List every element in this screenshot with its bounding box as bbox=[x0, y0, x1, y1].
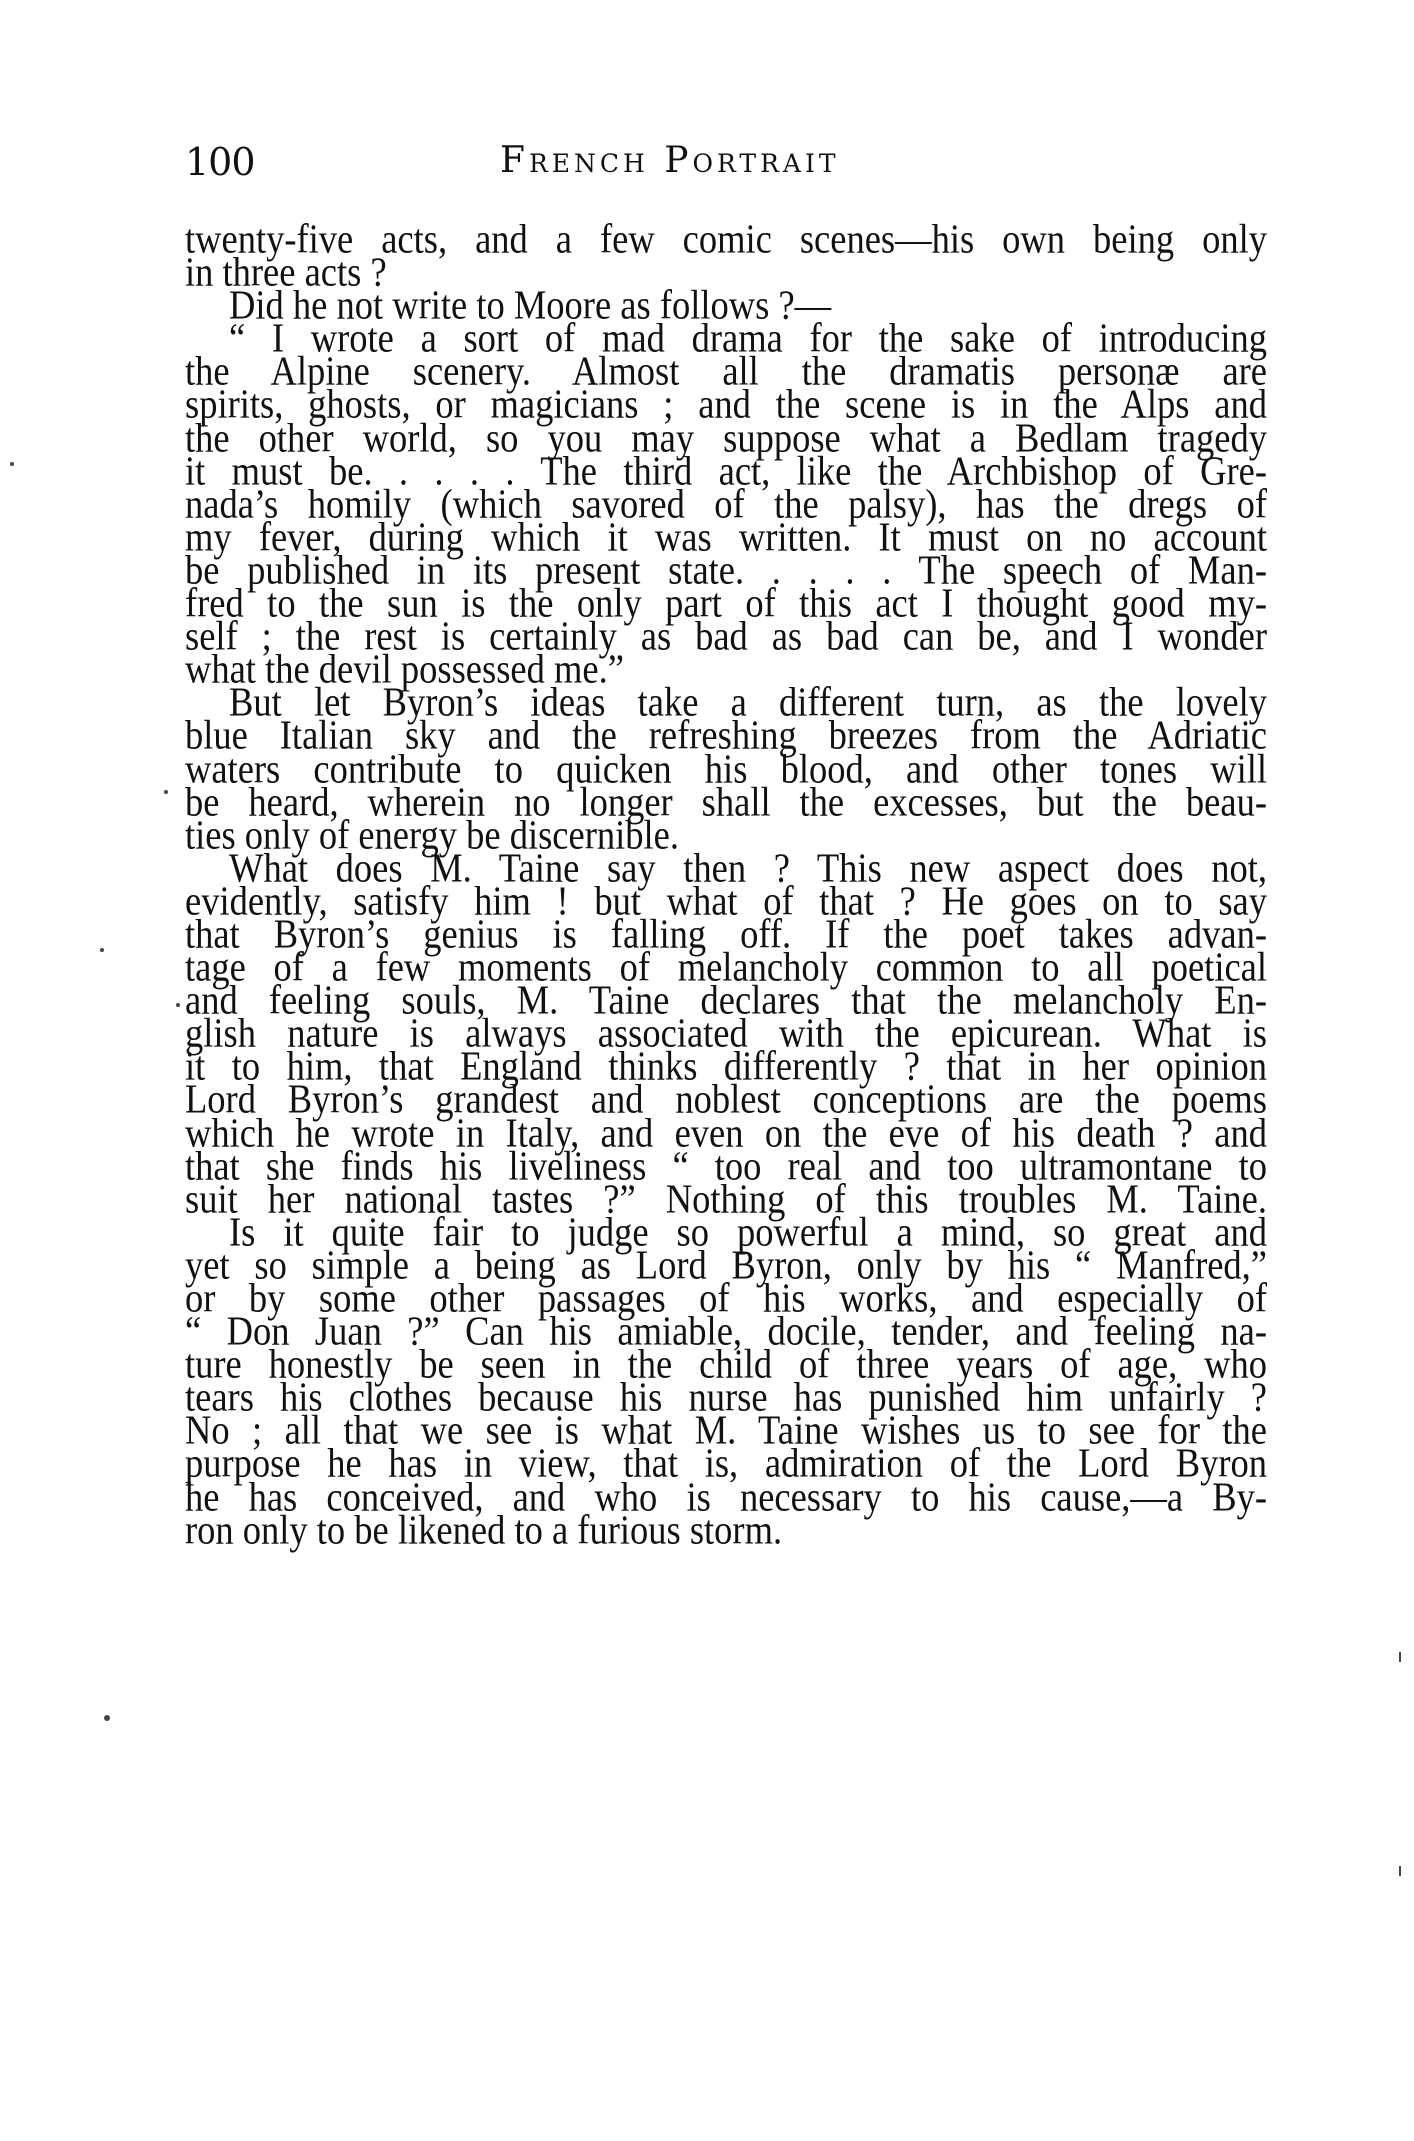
book-page: 100 French Portrait twenty-five acts, an… bbox=[0, 0, 1414, 2141]
scan-speck bbox=[100, 948, 104, 952]
running-header: 100 French Portrait bbox=[185, 140, 1267, 190]
running-title: French Portrait bbox=[500, 140, 840, 181]
scan-speck bbox=[1399, 1866, 1401, 1876]
scan-speck bbox=[1399, 1652, 1401, 1662]
scan-speck bbox=[104, 1715, 110, 1721]
scan-speck bbox=[10, 462, 14, 466]
text-line: ron only to be likened to a furious stor… bbox=[185, 1511, 1267, 1548]
body-text: twenty-five acts, and a few comic scenes… bbox=[185, 222, 1267, 1546]
scan-speck bbox=[176, 1003, 180, 1007]
scan-speck bbox=[164, 790, 168, 794]
page-number: 100 bbox=[185, 140, 255, 184]
